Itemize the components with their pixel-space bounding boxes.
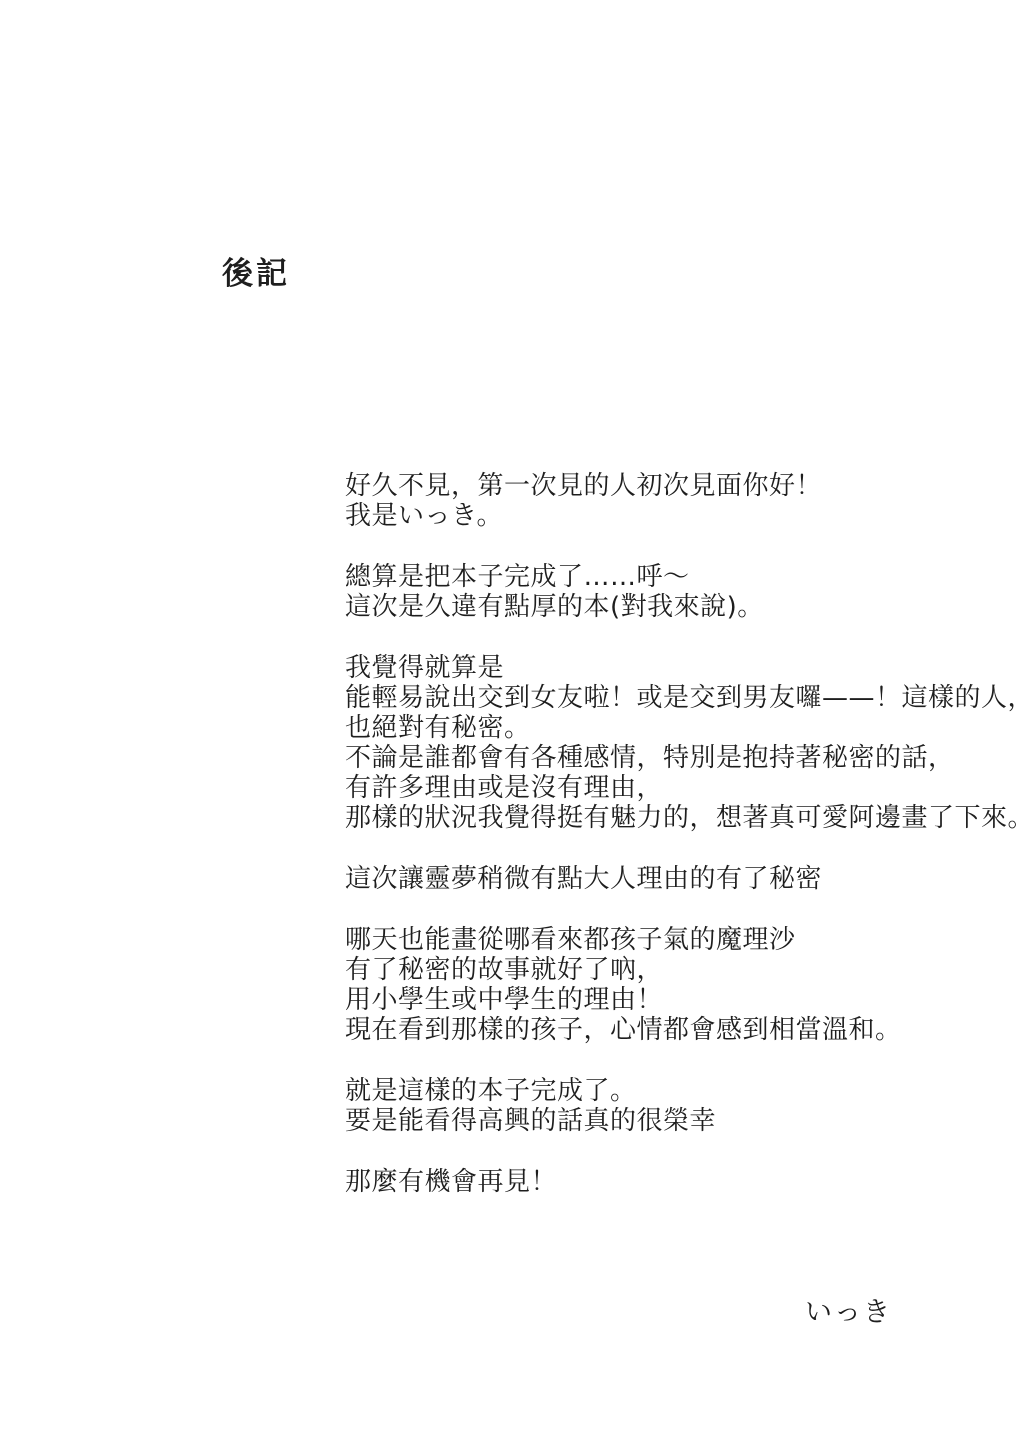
- text-line: 哪天也能畫從哪看來都孩子氣的魔理沙: [345, 925, 985, 955]
- text-line: 我是いっき。: [345, 501, 985, 531]
- text-line: 現在看到那樣的孩子，心情都會感到相當溫和。: [345, 1015, 985, 1045]
- paragraph: 就是這樣的本子完成了。要是能看得高興的話真的很榮幸: [345, 1076, 985, 1136]
- afterword-body: 好久不見，第一次見的人初次見面你好！我是いっき。總算是把本子完成了……呼～這次是…: [345, 471, 985, 1197]
- text-line: 這次讓靈夢稍微有點大人理由的有了秘密: [345, 864, 985, 894]
- author-signature: いっき: [805, 1290, 892, 1329]
- paragraph: 這次讓靈夢稍微有點大人理由的有了秘密: [345, 864, 985, 894]
- text-line: 這次是久違有點厚的本(對我來說)。: [345, 592, 985, 622]
- page-title: 後記: [222, 248, 290, 293]
- text-line: 我覺得就算是: [345, 653, 985, 683]
- text-line: 用小學生或中學生的理由！: [345, 985, 985, 1015]
- paragraph: 那麼有機會再見！: [345, 1167, 985, 1197]
- text-line: 不論是誰都會有各種感情，特別是抱持著秘密的話，: [345, 743, 985, 773]
- text-line: 好久不見，第一次見的人初次見面你好！: [345, 471, 985, 501]
- text-line: 也絕對有秘密。: [345, 713, 985, 743]
- text-line: 那樣的狀況我覺得挺有魅力的，想著真可愛阿邊畫了下來。: [345, 803, 985, 833]
- text-line: 有許多理由或是沒有理由，: [345, 773, 985, 803]
- text-line: 總算是把本子完成了……呼～: [345, 562, 985, 592]
- paragraph: 好久不見，第一次見的人初次見面你好！我是いっき。: [345, 471, 985, 531]
- paragraph: 哪天也能畫從哪看來都孩子氣的魔理沙有了秘密的故事就好了吶，用小學生或中學生的理由…: [345, 925, 985, 1045]
- paragraph: 總算是把本子完成了……呼～這次是久違有點厚的本(對我來說)。: [345, 562, 985, 622]
- text-line: 那麼有機會再見！: [345, 1167, 985, 1197]
- paragraph: 我覺得就算是能輕易說出交到女友啦！或是交到男友囉——！這樣的人，也絕對有秘密。不…: [345, 653, 985, 833]
- text-line: 就是這樣的本子完成了。: [345, 1076, 985, 1106]
- text-line: 有了秘密的故事就好了吶，: [345, 955, 985, 985]
- text-line: 能輕易說出交到女友啦！或是交到男友囉——！這樣的人，: [345, 683, 985, 713]
- afterword-page: 後記 好久不見，第一次見的人初次見面你好！我是いっき。總算是把本子完成了……呼～…: [0, 0, 1020, 1456]
- text-line: 要是能看得高興的話真的很榮幸: [345, 1106, 985, 1136]
